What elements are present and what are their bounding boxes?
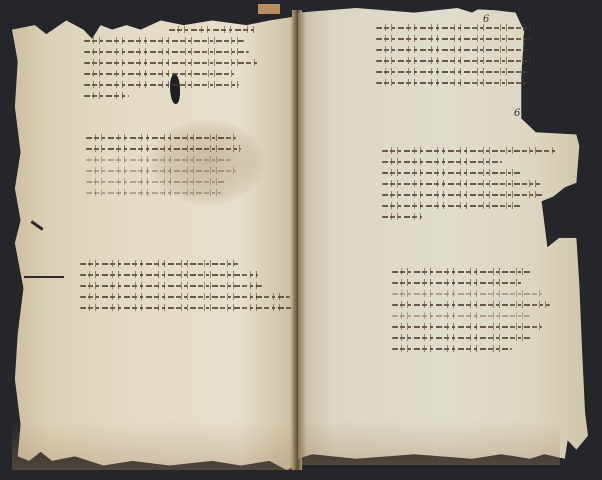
handwritten-line bbox=[84, 90, 129, 101]
handwritten-line bbox=[86, 187, 221, 198]
handwritten-line bbox=[80, 302, 292, 313]
handwritten-line bbox=[376, 22, 531, 33]
handwritten-line bbox=[80, 269, 258, 280]
binding-tab bbox=[258, 4, 280, 14]
handwritten-line bbox=[392, 277, 522, 288]
handwritten-line bbox=[376, 66, 528, 77]
handwritten-line bbox=[392, 299, 550, 310]
handwritten-line bbox=[80, 291, 290, 302]
right-entry-1 bbox=[376, 22, 536, 88]
manuscript-viewer: 6 6 bbox=[0, 0, 602, 480]
handwritten-line bbox=[382, 189, 544, 200]
handwritten-line bbox=[382, 145, 557, 156]
handwritten-line bbox=[86, 165, 236, 176]
handwritten-line bbox=[376, 44, 526, 55]
handwritten-line bbox=[392, 343, 512, 354]
margin-ink-mark bbox=[548, 236, 572, 238]
handwritten-line bbox=[86, 176, 226, 187]
handwritten-line bbox=[392, 288, 542, 299]
bottom-stain-right bbox=[300, 420, 560, 465]
left-entry-3 bbox=[80, 258, 295, 313]
handwritten-line bbox=[86, 143, 241, 154]
handwritten-line bbox=[80, 258, 238, 269]
handwritten-line bbox=[86, 154, 231, 165]
handwritten-line bbox=[376, 77, 526, 88]
handwritten-line bbox=[84, 68, 234, 79]
handwritten-line bbox=[169, 24, 254, 35]
handwritten-line bbox=[392, 310, 532, 321]
handwritten-line bbox=[382, 167, 522, 178]
handwritten-line bbox=[84, 79, 239, 90]
folio-number-bottom: 6 bbox=[514, 108, 520, 119]
handwritten-line bbox=[80, 280, 262, 291]
handwritten-line bbox=[392, 321, 542, 332]
bottom-stain-left bbox=[12, 420, 298, 470]
handwritten-line bbox=[376, 55, 531, 66]
left-entry-1 bbox=[84, 24, 259, 101]
handwritten-line bbox=[392, 266, 532, 277]
handwritten-line bbox=[382, 211, 422, 222]
handwritten-line bbox=[382, 156, 502, 167]
handwritten-line bbox=[84, 46, 249, 57]
handwritten-line bbox=[392, 332, 532, 343]
right-entry-2 bbox=[382, 145, 562, 222]
handwritten-line bbox=[382, 200, 522, 211]
handwritten-line bbox=[86, 132, 236, 143]
right-entry-3 bbox=[392, 266, 552, 354]
left-entry-2 bbox=[86, 132, 256, 198]
handwritten-line bbox=[84, 57, 259, 68]
handwritten-line bbox=[84, 35, 244, 46]
margin-ink-mark bbox=[24, 276, 64, 278]
handwritten-line bbox=[382, 178, 540, 189]
handwritten-line bbox=[376, 33, 531, 44]
